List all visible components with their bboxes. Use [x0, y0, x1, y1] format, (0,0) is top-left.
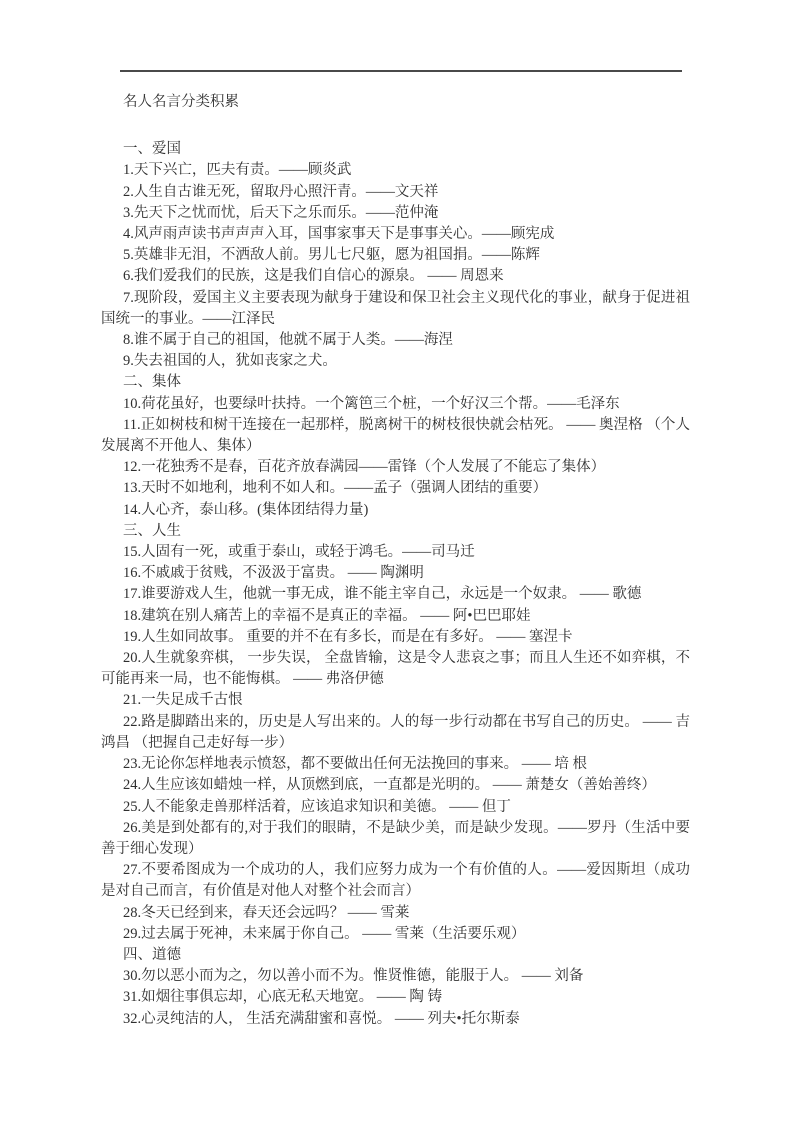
quote-item: 28.冬天已经到来，春天还会远吗？ —— 雪莱 [101, 903, 690, 924]
quote-item: 12.一花独秀不是春，百花齐放春满园——雷锋（个人发展了不能忘了集体） [101, 457, 690, 478]
section-heading: 三、人生 [101, 521, 690, 542]
quote-item: 4.风声雨声读书声声声入耳，国事家事天下是事事关心。——顾宪成 [101, 224, 690, 245]
quote-item: 19.人生如同故事。 重要的并不在有多长，而是在有多好。 —— 塞涅卡 [101, 627, 690, 648]
quote-item: 21.一失足成千古恨 [101, 690, 690, 711]
section-heading: 四、道德 [101, 945, 690, 966]
quote-item: 22.路是脚踏出来的，历史是人写出来的。人的每一步行动都在书写自己的历史。 ——… [101, 712, 690, 754]
quote-item: 7.现阶段，爱国主义主要表现为献身于建设和保卫社会主义现代化的事业，献身于促进祖… [101, 288, 690, 330]
quote-item: 24.人生应该如蜡烛一样，从顶燃到底，一直都是光明的。 —— 萧楚女（善始善终） [101, 775, 690, 796]
quote-item: 31.如烟往事俱忘却，心底无私天地宽。 —— 陶 铸 [101, 987, 690, 1008]
quote-item: 14.人心齐，泰山移。(集体团结得力量) [101, 500, 690, 521]
quote-item: 16.不戚戚于贫贱，不汲汲于富贵。 —— 陶渊明 [101, 563, 690, 584]
quote-item: 25.人不能象走兽那样活着，应该追求知识和美德。 —— 但丁 [101, 797, 690, 818]
quote-item: 10.荷花虽好，也要绿叶扶持。一个篱笆三个桩，一个好汉三个帮。——毛泽东 [101, 394, 690, 415]
section-heading: 二、集体 [101, 372, 690, 393]
quote-item: 30.勿以恶小而为之，勿以善小而不为。惟贤惟德，能服于人。 —— 刘备 [101, 966, 690, 987]
document-body: 名人名言分类积累 一、爱国1.天下兴亡，匹夫有责。——顾炎武2.人生自古谁无死，… [101, 92, 690, 1030]
quote-item: 29.过去属于死神，未来属于你自己。 —— 雪莱（生活要乐观） [101, 924, 690, 945]
document-page: 名人名言分类积累 一、爱国1.天下兴亡，匹夫有责。——顾炎武2.人生自古谁无死，… [0, 0, 800, 1132]
quote-sections: 一、爱国1.天下兴亡，匹夫有责。——顾炎武2.人生自古谁无死，留取丹心照汗青。—… [101, 139, 690, 1030]
quote-item: 13.天时不如地利，地利不如人和。——孟子（强调人团结的重要） [101, 478, 690, 499]
quote-item: 18.建筑在别人痛苦上的幸福不是真正的幸福。 —— 阿•巴巴耶娃 [101, 606, 690, 627]
quote-item: 26.美是到处都有的,对于我们的眼睛，不是缺少美，而是缺少发现。——罗丹（生活中… [101, 818, 690, 860]
quote-item: 11.正如树枝和树干连接在一起那样，脱离树干的树枝很快就会枯死。 —— 奥涅格 … [101, 415, 690, 457]
quote-item: 32.心灵纯洁的人， 生活充满甜蜜和喜悦。 —— 列夫•托尔斯泰 [101, 1009, 690, 1030]
quote-item: 2.人生自古谁无死，留取丹心照汗青。——文天祥 [101, 182, 690, 203]
quote-item: 6.我们爱我们的民族，这是我们自信心的源泉。 —— 周恩来 [101, 266, 690, 287]
page-title: 名人名言分类积累 [101, 92, 690, 113]
quote-item: 5.英雄非无泪，不洒敌人前。男儿七尺躯，愿为祖国捐。——陈辉 [101, 245, 690, 266]
quote-item: 17.谁要游戏人生，他就一事无成，谁不能主宰自己，永远是一个奴隶。 —— 歌德 [101, 584, 690, 605]
quote-item: 15.人固有一死，或重于泰山，或轻于鸿毛。——司马迁 [101, 542, 690, 563]
top-divider-rule [120, 70, 682, 72]
quote-item: 20.人生就象弈棋， 一步失误， 全盘皆输，这是令人悲哀之事；而且人生还不如弈棋… [101, 648, 690, 690]
quote-item: 9.失去祖国的人，犹如丧家之犬。 [101, 351, 690, 372]
quote-item: 1.天下兴亡，匹夫有责。——顾炎武 [101, 160, 690, 181]
quote-item: 27.不要希图成为一个成功的人，我们应努力成为一个有价值的人。——爱因斯坦（成功… [101, 860, 690, 902]
quote-item: 8.谁不属于自己的祖国，他就不属于人类。——海涅 [101, 330, 690, 351]
quote-item: 3.先天下之忧而忧，后天下之乐而乐。——范仲淹 [101, 203, 690, 224]
section-heading: 一、爱国 [101, 139, 690, 160]
quote-item: 23.无论你怎样地表示愤怒，都不要做出任何无法挽回的事来。 —— 培 根 [101, 754, 690, 775]
